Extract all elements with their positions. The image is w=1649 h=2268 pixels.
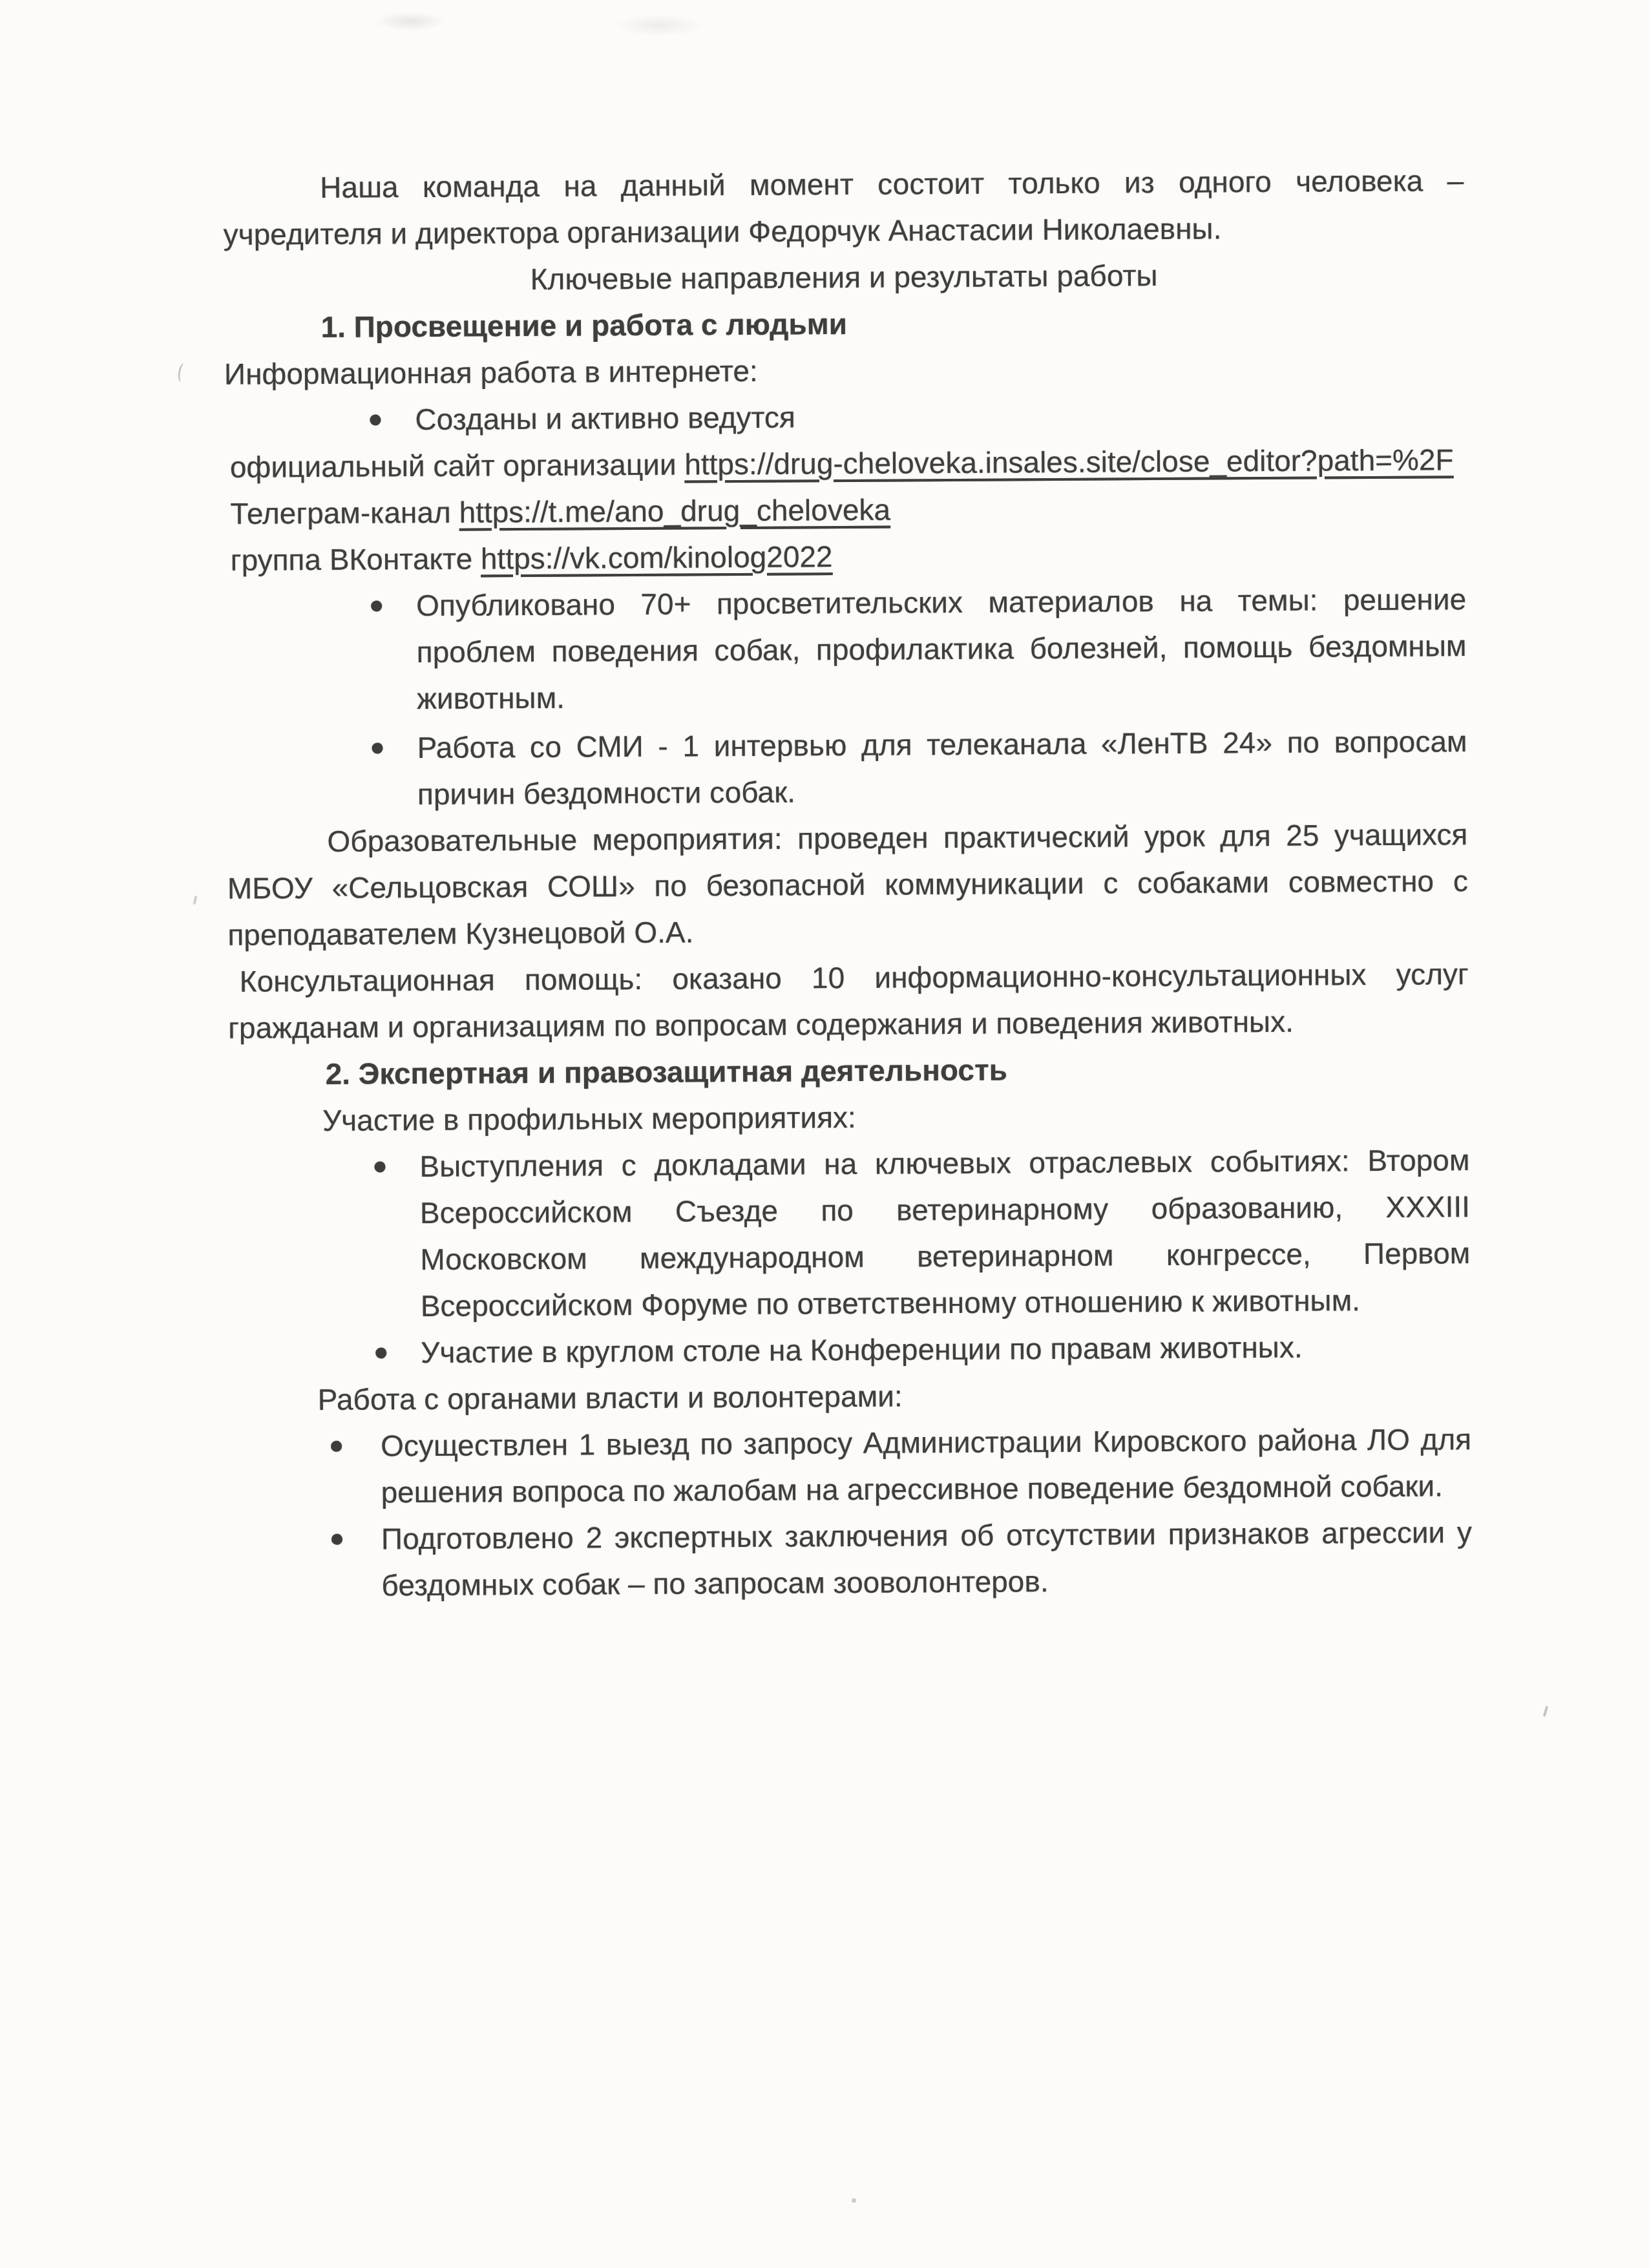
list-item-text: Участие в круглом столе на Конференции п… — [421, 1330, 1303, 1369]
vk-link-label: группа ВКонтакте — [231, 541, 481, 576]
bullet-icon — [370, 414, 381, 425]
list-item: Выступления с докладами на ключевых отра… — [229, 1137, 1471, 1330]
section-1-bullet-list: Опубликовано 70+ просветительских матери… — [226, 576, 1467, 819]
list-item-text: Опубликовано 70+ просветительских матери… — [416, 582, 1467, 715]
section-2-bullet-list: Выступления с докладами на ключевых отра… — [229, 1137, 1471, 1377]
telegram-link-line: Телеграм-канал https://t.me/ano_drug_che… — [225, 483, 1465, 537]
section-1-lead: Информационная работа в интернете: — [224, 343, 1465, 397]
bullet-icon — [331, 1534, 342, 1545]
vk-link-line: группа ВКонтакте https://vk.com/kinolog2… — [226, 529, 1466, 583]
section-1-heading: 1. Просвещение и работа с людьми — [224, 297, 1464, 351]
list-item: Участие в круглом столе на Конференции п… — [230, 1323, 1471, 1377]
list-item: Опубликовано 70+ просветительских матери… — [226, 576, 1467, 723]
section-2-heading: 2. Экспертная и правозащитная деятельнос… — [228, 1044, 1469, 1098]
vk-link[interactable]: https://vk.com/kinolog2022 — [481, 540, 833, 575]
scan-smudge — [614, 14, 704, 36]
list-item-text: Подготовлено 2 экспертных заключения об … — [381, 1515, 1472, 1602]
consulting-paragraph: Консультационная помощь: оказано 10 инфо… — [228, 950, 1469, 1051]
scanned-page: Наша команда на данный момент состоит то… — [0, 0, 1649, 2268]
list-item: Осуществлен 1 выезд по запросу Администр… — [231, 1416, 1472, 1517]
document-content: Наша команда на данный момент состоит то… — [223, 157, 1473, 1610]
list-item-text: Созданы и активно ведутся — [415, 400, 795, 436]
website-link-label: официальный сайт организации — [230, 448, 685, 484]
list-item: Работа со СМИ - 1 интервью для телеканал… — [226, 718, 1467, 819]
website-link-line: официальный сайт организации https://dru… — [225, 436, 1465, 490]
list-item: Подготовлено 2 экспертных заключения об … — [231, 1509, 1473, 1610]
bullet-icon — [372, 742, 383, 753]
website-link[interactable]: https://drug-cheloveka.insales.site/clos… — [684, 443, 1454, 481]
telegram-link[interactable]: https://t.me/ano_drug_cheloveka — [459, 493, 890, 529]
document-title: Ключевые направления и результаты работы — [224, 250, 1464, 304]
section-2-lead-2: Работа с органами власти и волонтерами: — [230, 1369, 1471, 1423]
list-item: Созданы и активно ведутся — [224, 390, 1465, 444]
bullet-icon — [374, 1161, 385, 1172]
telegram-link-label: Телеграм-канал — [230, 496, 459, 530]
list-item-text: Выступления с докладами на ключевых отра… — [419, 1143, 1470, 1323]
intro-paragraph: Наша команда на данный момент состоит то… — [223, 157, 1464, 258]
scan-artifact — [1543, 1706, 1549, 1717]
list-item-text: Осуществлен 1 выезд по запросу Администр… — [381, 1422, 1471, 1509]
scan-smudge — [375, 12, 446, 31]
scan-artifact — [852, 2198, 856, 2203]
bullet-icon — [331, 1441, 342, 1452]
bullet-icon — [371, 600, 382, 611]
bullet-icon — [375, 1347, 386, 1358]
scan-artifact — [177, 362, 190, 383]
education-paragraph: Образовательные мероприятия: проведен пр… — [227, 811, 1468, 958]
scan-artifact — [193, 896, 198, 905]
list-item-text: Работа со СМИ - 1 интервью для телеканал… — [417, 724, 1467, 811]
section-2-bullet-list-2: Осуществлен 1 выезд по запросу Администр… — [231, 1416, 1473, 1610]
section-2-lead: Участие в профильных мероприятиях: — [229, 1090, 1469, 1144]
